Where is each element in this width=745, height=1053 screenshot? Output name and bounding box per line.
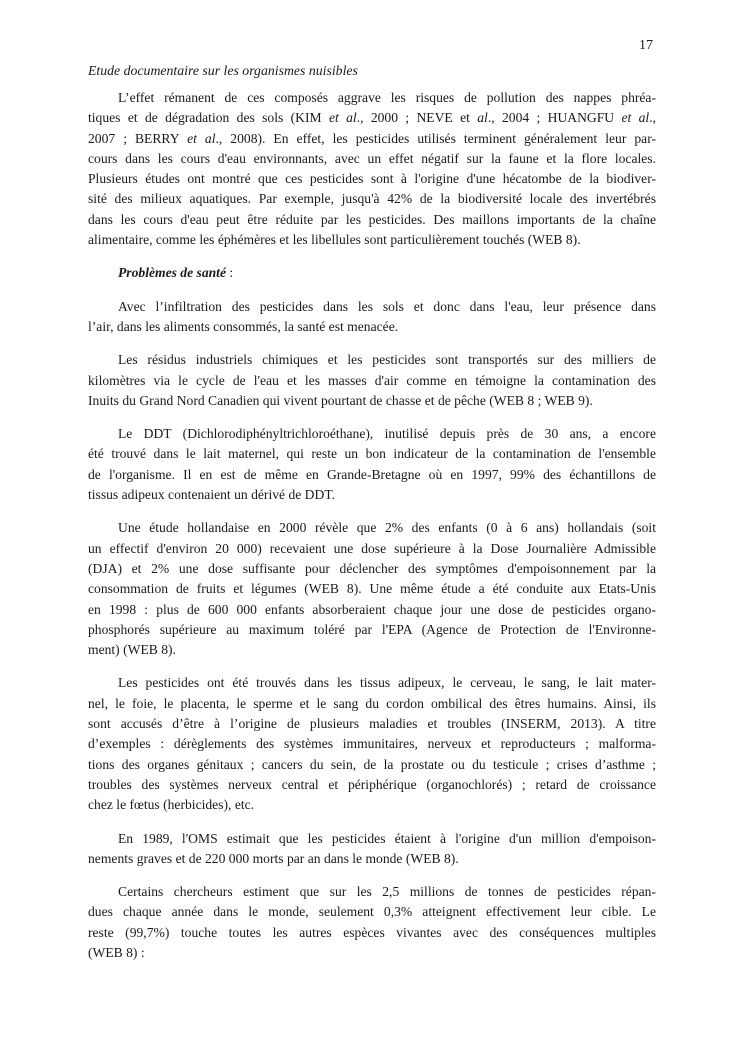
text-line: sont accusés d’être à l’origine de plusi…: [88, 714, 656, 734]
text-run: consommation de fruits et légumes (WEB 8…: [88, 581, 656, 596]
text-line: En 1989, l'OMS estimait que les pesticid…: [88, 829, 656, 849]
text-run: Problèmes de santé: [118, 265, 226, 280]
text-run: tions des organes génitaux ; cancers du …: [88, 757, 656, 772]
text-run: et al: [621, 110, 649, 125]
text-run: tissus adipeux contenaient un dérivé de …: [88, 487, 335, 502]
text-run: dues chaque année dans le monde, seuleme…: [88, 904, 656, 919]
text-line: (WEB 8) :: [88, 943, 656, 963]
text-line: Les résidus industriels chimiques et les…: [88, 350, 656, 370]
text-line: L’effet rémanent de ces composés aggrave…: [88, 88, 656, 108]
text-line: dans les cours d'eau peut être réduite p…: [88, 210, 656, 230]
text-line: chez le fœtus (herbicides), etc.: [88, 795, 656, 815]
text-run: kilomètres via le cycle de l'eau et les …: [88, 373, 656, 388]
text-line: de l'organisme. Il en est de même en Gra…: [88, 465, 656, 485]
text-line: été trouvé dans le lait maternel, qui re…: [88, 444, 656, 464]
text-run: été trouvé dans le lait maternel, qui re…: [88, 446, 656, 461]
text-run: Avec l’infiltration des pesticides dans …: [118, 299, 656, 314]
text-line: Les pesticides ont été trouvés dans les …: [88, 673, 656, 693]
infiltration-paragraph: Avec l’infiltration des pesticides dans …: [88, 297, 656, 338]
text-line: Inuits du Grand Nord Canadien qui vivent…: [88, 391, 656, 411]
text-line: dues chaque année dans le monde, seuleme…: [88, 902, 656, 922]
text-run: Les résidus industriels chimiques et les…: [118, 352, 656, 367]
oms-1989-paragraph: En 1989, l'OMS estimait que les pesticid…: [88, 829, 656, 870]
text-line: troubles des systèmes nerveux central et…: [88, 775, 656, 795]
text-run: sité des milieux aquatiques. Par exemple…: [88, 191, 656, 206]
industrial-residues-paragraph: Les résidus industriels chimiques et les…: [88, 350, 656, 411]
text-run: Les pesticides ont été trouvés dans les …: [118, 675, 656, 690]
text-run: alimentaire, comme les éphémères et les …: [88, 232, 581, 247]
document-page: 17 Etude documentaire sur les organismes…: [0, 0, 745, 1053]
text-line: Problèmes de santé :: [88, 263, 656, 283]
text-line: tions des organes génitaux ; cancers du …: [88, 755, 656, 775]
text-line: Une étude hollandaise en 2000 révèle que…: [88, 518, 656, 538]
text-run: En 1989, l'OMS estimait que les pesticid…: [118, 831, 656, 846]
text-run: l’air, dans les aliments consommés, la s…: [88, 319, 398, 334]
text-line: consommation de fruits et légumes (WEB 8…: [88, 579, 656, 599]
text-run: et al: [329, 110, 357, 125]
text-run: troubles des systèmes nerveux central et…: [88, 777, 656, 792]
text-line: Le DDT (Dichlorodiphényltrichloroéthane)…: [88, 424, 656, 444]
text-run: Plusieurs études ont montré que ces pest…: [88, 171, 656, 186]
text-line: tissus adipeux contenaient un dérivé de …: [88, 485, 656, 505]
text-line: phosphorés supérieure au maximum toléré …: [88, 620, 656, 640]
text-run: (DJA) et 2% une dose suffisante pour déc…: [88, 561, 656, 576]
text-line: Certains chercheurs estiment que sur les…: [88, 882, 656, 902]
text-run: sont accusés d’être à l’origine de plusi…: [88, 716, 656, 731]
text-run: cours dans les cours d'eau environnants,…: [88, 151, 656, 166]
tissues-diseases-paragraph: Les pesticides ont été trouvés dans les …: [88, 673, 656, 815]
text-line: d’exemples : dérèglements des systèmes i…: [88, 734, 656, 754]
text-line: l’air, dans les aliments consommés, la s…: [88, 317, 656, 337]
text-run: Le DDT (Dichlorodiphényltrichloroéthane)…: [118, 426, 656, 441]
page-number: 17: [639, 38, 653, 54]
text-line: nements graves et de 220 000 morts par a…: [88, 849, 656, 869]
text-run: (WEB 8) :: [88, 945, 145, 960]
text-line: en 1998 : plus de 600 000 enfants absorb…: [88, 600, 656, 620]
text-run: ment) (WEB 8).: [88, 642, 176, 657]
text-line: ment) (WEB 8).: [88, 640, 656, 660]
text-line: reste (99,7%) touche toutes les autres e…: [88, 923, 656, 943]
text-line: 2007 ; BERRY et al., 2008). En effet, le…: [88, 129, 656, 149]
health-problems-heading: Problèmes de santé :: [88, 263, 656, 283]
text-line: kilomètres via le cycle de l'eau et les …: [88, 371, 656, 391]
dutch-study-paragraph: Une étude hollandaise en 2000 révèle que…: [88, 518, 656, 660]
intro-paragraph: L’effet rémanent de ces composés aggrave…: [88, 88, 656, 250]
text-run: de l'organisme. Il en est de même en Gra…: [88, 467, 656, 482]
text-run: Une étude hollandaise en 2000 révèle que…: [118, 520, 656, 535]
text-run: d’exemples : dérèglements des systèmes i…: [88, 736, 656, 751]
researchers-estimate-paragraph: Certains chercheurs estiment que sur les…: [88, 882, 656, 963]
text-line: un effectif d'environ 20 000) recevaient…: [88, 539, 656, 559]
text-run: 2007 ; BERRY: [88, 131, 187, 146]
text-line: Avec l’infiltration des pesticides dans …: [88, 297, 656, 317]
text-run: al: [477, 110, 488, 125]
text-run: reste (99,7%) touche toutes les autres e…: [88, 925, 656, 940]
text-run: nel, le foie, le placenta, le sperme et …: [88, 696, 656, 711]
ddt-paragraph: Le DDT (Dichlorodiphényltrichloroéthane)…: [88, 424, 656, 505]
document-body: L’effet rémanent de ces composés aggrave…: [88, 82, 656, 963]
text-run: et al: [187, 131, 215, 146]
text-run: :: [226, 265, 233, 280]
text-run: .,: [649, 110, 656, 125]
text-line: tiques et de dégradation des sols (KIM e…: [88, 108, 656, 128]
text-line: cours dans les cours d'eau environnants,…: [88, 149, 656, 169]
text-run: chez le fœtus (herbicides), etc.: [88, 797, 254, 812]
text-line: alimentaire, comme les éphémères et les …: [88, 230, 656, 250]
text-run: Inuits du Grand Nord Canadien qui vivent…: [88, 393, 593, 408]
text-run: ., 2008). En effet, les pesticides utili…: [215, 131, 656, 146]
text-run: Certains chercheurs estiment que sur les…: [118, 884, 656, 899]
running-header: Etude documentaire sur les organismes nu…: [88, 61, 656, 81]
text-run: en 1998 : plus de 600 000 enfants absorb…: [88, 602, 656, 617]
text-line: nel, le foie, le placenta, le sperme et …: [88, 694, 656, 714]
text-line: (DJA) et 2% une dose suffisante pour déc…: [88, 559, 656, 579]
text-line: sité des milieux aquatiques. Par exemple…: [88, 189, 656, 209]
text-run: nements graves et de 220 000 morts par a…: [88, 851, 459, 866]
text-run: dans les cours d'eau peut être réduite p…: [88, 212, 656, 227]
text-run: L’effet rémanent de ces composés aggrave…: [118, 90, 656, 105]
text-run: un effectif d'environ 20 000) recevaient…: [88, 541, 656, 556]
text-run: tiques et de dégradation des sols (KIM: [88, 110, 329, 125]
text-run: ., 2004 ; HUANGFU: [488, 110, 622, 125]
text-run: ., 2000 ; NEVE et: [357, 110, 478, 125]
text-line: Plusieurs études ont montré que ces pest…: [88, 169, 656, 189]
text-run: phosphorés supérieure au maximum toléré …: [88, 622, 656, 637]
